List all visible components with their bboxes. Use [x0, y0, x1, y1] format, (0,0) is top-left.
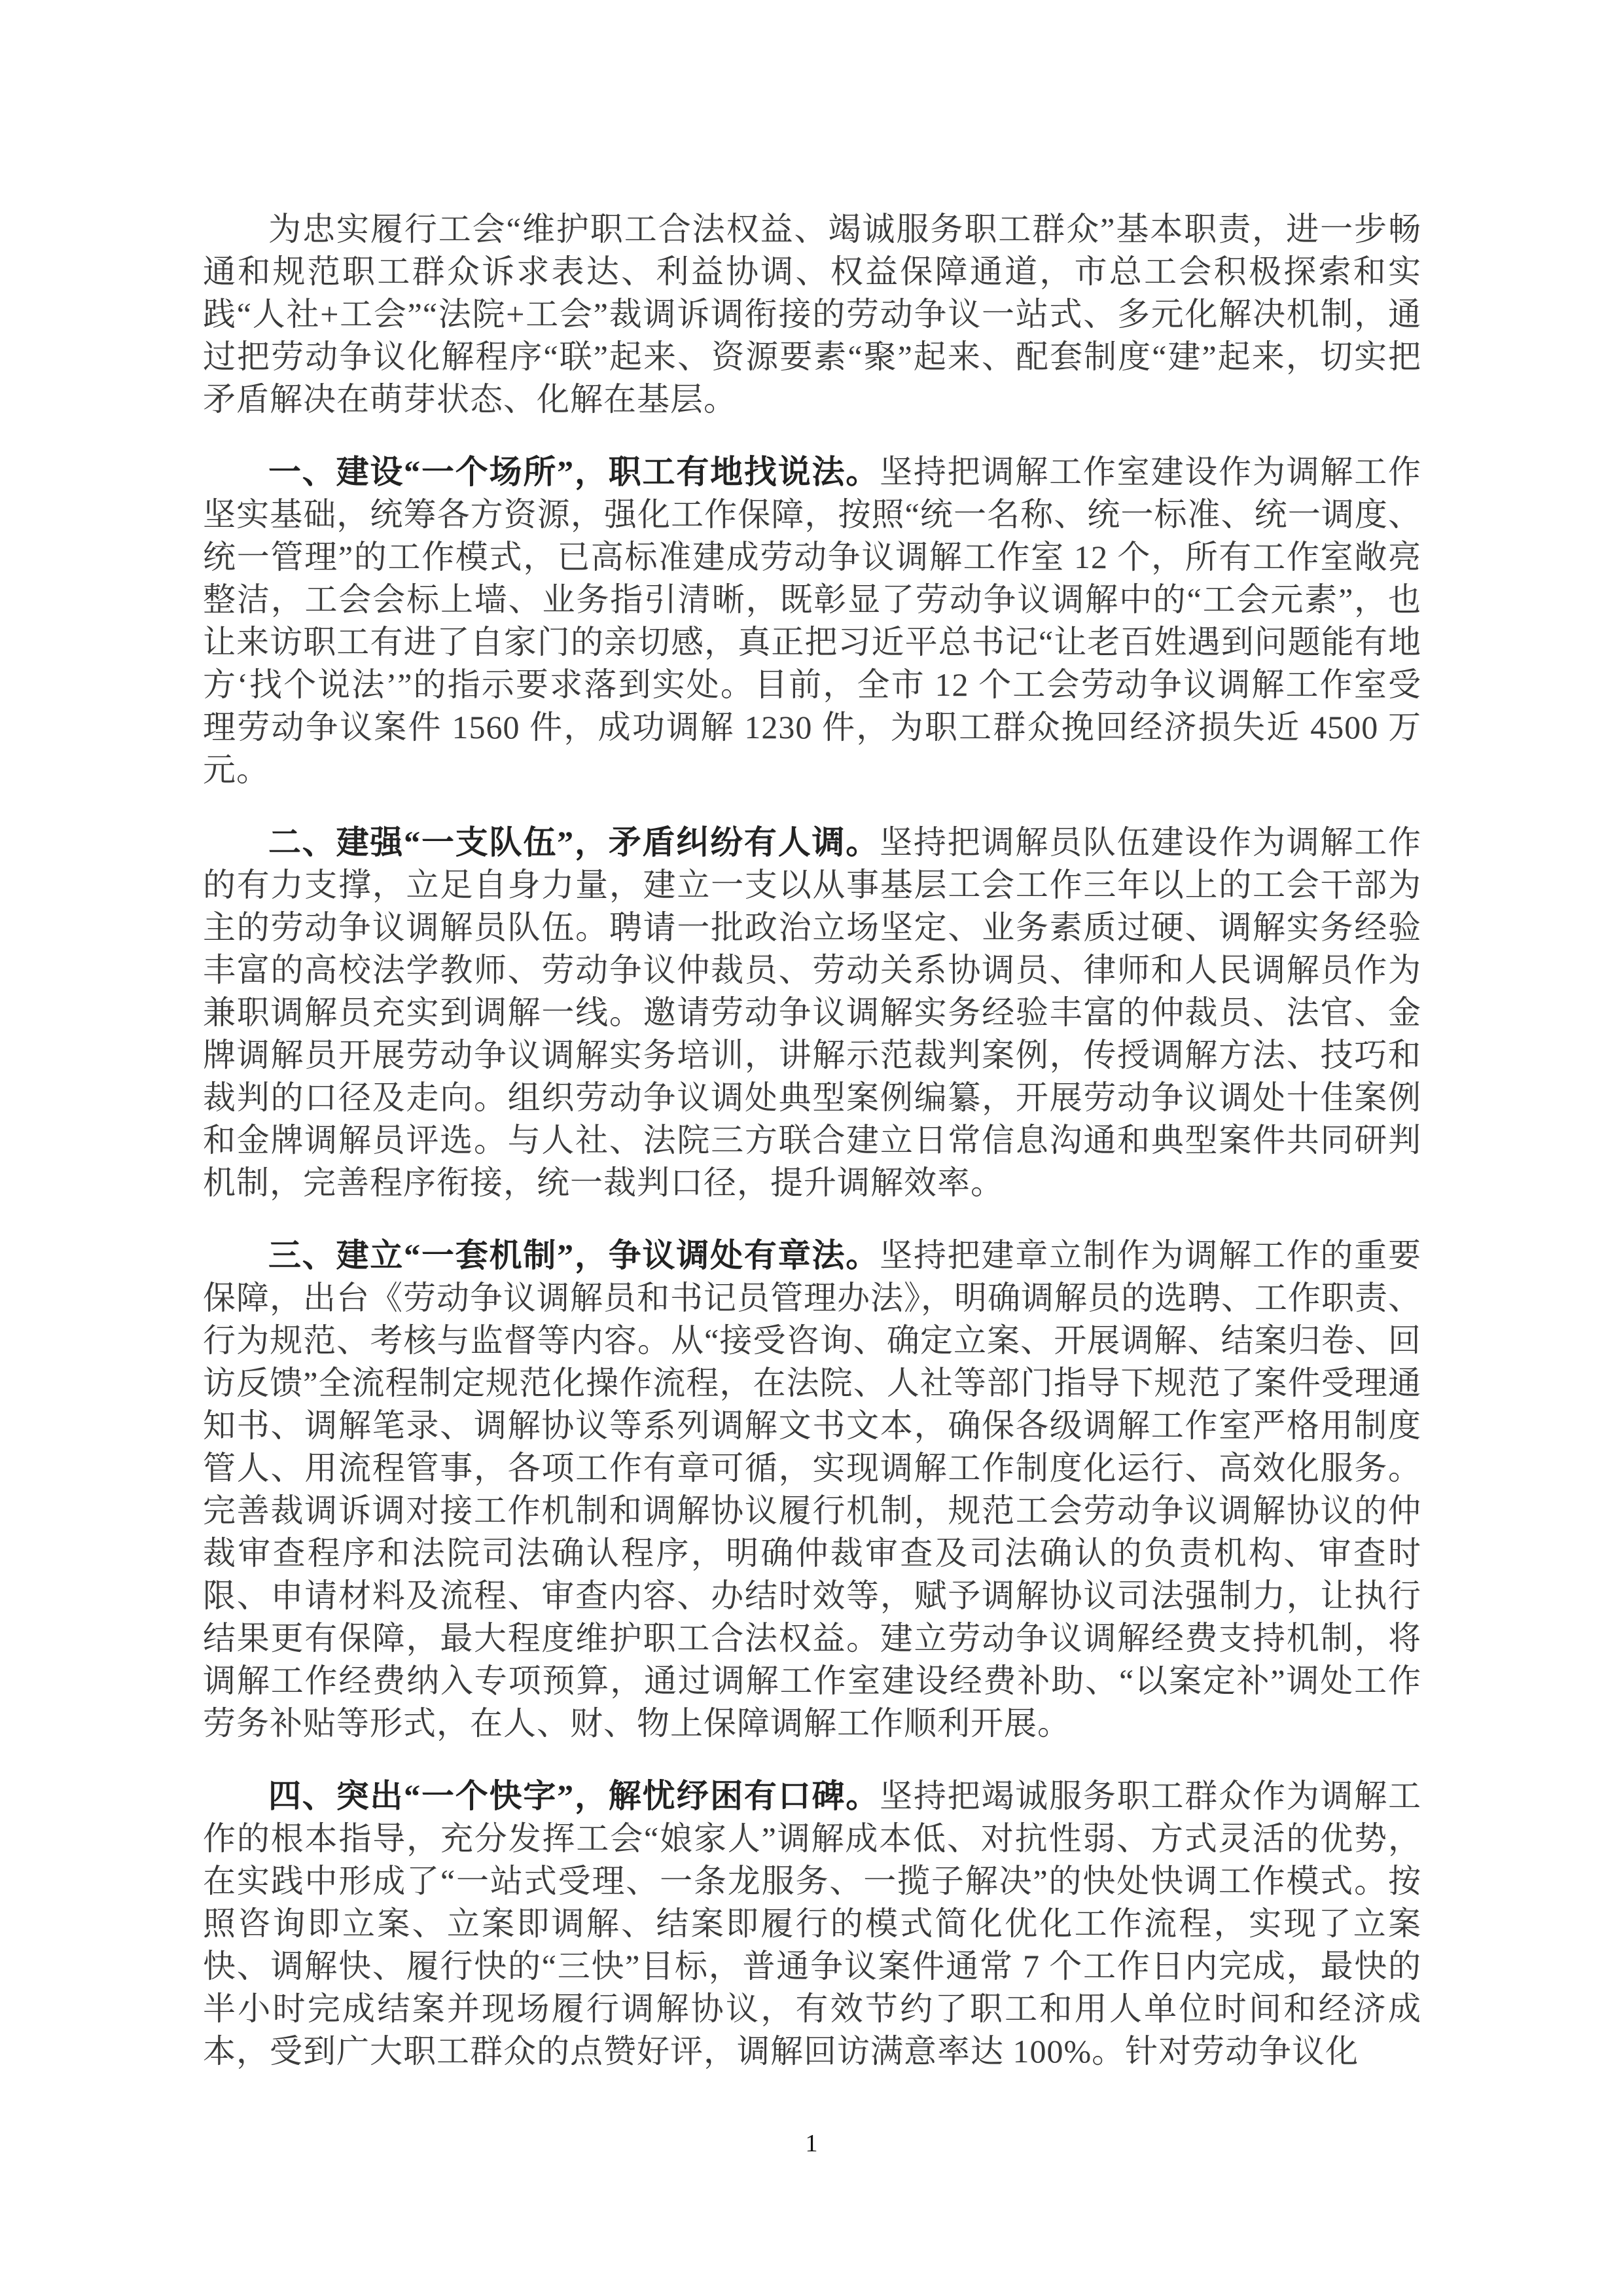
section-1-heading: 一、建设“一个场所”，职工有地找说法。 — [268, 454, 880, 490]
paragraph-section-4: 四、突出“一个快字”，解忧纾困有口碑。坚持把竭诚服务职工群众作为调解工作的根本指… — [203, 1775, 1421, 2073]
paragraph-section-1: 一、建设“一个场所”，职工有地找说法。坚持把调解工作室建设作为调解工作坚实基础，… — [203, 451, 1421, 791]
section-3-text: 坚持把建章立制作为调解工作的重要保障，出台《劳动争议调解员和书记员管理办法》，明… — [203, 1237, 1421, 1742]
section-4-text: 坚持把竭诚服务职工群众作为调解工作的根本指导，充分发挥工会“娘家人”调解成本低、… — [203, 1778, 1421, 2070]
page-number: 1 — [0, 2127, 1623, 2160]
section-2-heading: 二、建强“一支队伍”，矛盾纠纷有人调。 — [268, 824, 880, 861]
section-4-heading: 四、突出“一个快字”，解忧纾困有口碑。 — [268, 1778, 880, 1814]
document-page: 为忠实履行工会“维护职工合法权益、竭诚服务职工群众”基本职责，进一步畅通和规范职… — [0, 0, 1623, 2296]
section-3-heading: 三、建立“一套机制”，争议调处有章法。 — [268, 1237, 880, 1274]
section-1-text: 坚持把调解工作室建设作为调解工作坚实基础，统筹各方资源，强化工作保障，按照“统一… — [203, 454, 1421, 788]
paragraph-section-2: 二、建强“一支队伍”，矛盾纠纷有人调。坚持把调解员队伍建设作为调解工作的有力支撑… — [203, 821, 1421, 1204]
document-body: 为忠实履行工会“维护职工合法权益、竭诚服务职工群众”基本职责，进一步畅通和规范职… — [203, 208, 1421, 2073]
paragraph-intro-text: 为忠实履行工会“维护职工合法权益、竭诚服务职工群众”基本职责，进一步畅通和规范职… — [203, 211, 1421, 418]
section-2-text: 坚持把调解员队伍建设作为调解工作的有力支撑，立足自身力量，建立一支以从事基层工会… — [203, 824, 1421, 1201]
paragraph-intro: 为忠实履行工会“维护职工合法权益、竭诚服务职工群众”基本职责，进一步畅通和规范职… — [203, 208, 1421, 421]
paragraph-section-3: 三、建立“一套机制”，争议调处有章法。坚持把建章立制作为调解工作的重要保障，出台… — [203, 1234, 1421, 1745]
